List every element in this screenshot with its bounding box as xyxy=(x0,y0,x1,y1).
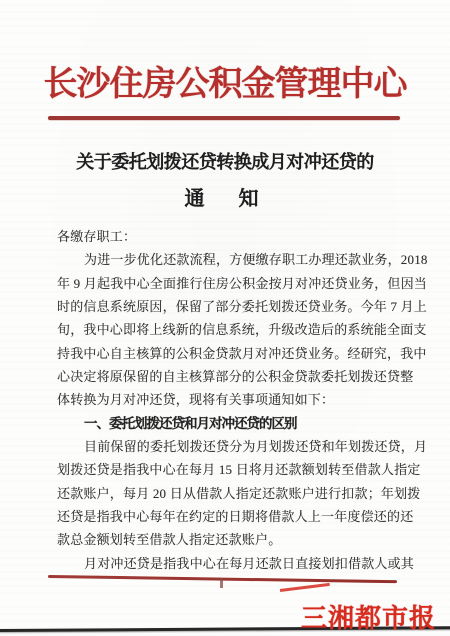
body-line: 持我中心自主核算的公积金贷款月对冲还贷业务。经研究，我中 xyxy=(57,342,410,365)
body-line: 还贷是指我中心每年在约定的日期将借款人上一年度偿还的还 xyxy=(57,505,410,528)
body-line: 划拨还贷是指我中心在每月 15 日将月还款额划转至借款人指定 xyxy=(57,458,410,481)
body-line: 月对冲还贷是指我中心在每月还款日直接划扣借款人或其 xyxy=(57,552,410,575)
press-logo: 三湘都市报 xyxy=(301,598,436,635)
salutation: 各缴存职工： xyxy=(57,225,410,248)
letterhead-org-name: 长沙住房公积金管理中心 xyxy=(0,56,450,105)
center-tick-mark xyxy=(220,578,223,588)
notice-title-line2: 通 知 xyxy=(0,182,450,211)
body-line: 目前保留的委托划拨还贷分为月划拨还贷和年划拨还贷，月 xyxy=(57,435,410,458)
body-line: 款总金额划转至借款人指定还款账户。 xyxy=(57,528,410,551)
body-line: 体转换为月对冲还贷，现将有关事项通知如下： xyxy=(57,388,410,411)
body-line: 心决定将原保留的自主核算部分的公积金贷款委托划拨还贷整 xyxy=(57,365,410,388)
body-line: 为进一步优化还款流程，方便缴存职工办理还款业务，2018 xyxy=(57,248,410,271)
body-line: 年 9 月起我中心全面推行住房公积金按月对冲还贷业务，但因当 xyxy=(57,272,410,295)
letterhead-rule xyxy=(48,116,400,120)
section-heading: 一、委托划拨还贷和月对冲还贷的区别 xyxy=(57,412,410,435)
body-line: 旬，我中心即将上线新的信息系统，升级改造后的系统能全面支 xyxy=(57,318,410,341)
body-line: 还款账户，每月 20 日从借款人指定还款账户进行扣款；年划拨 xyxy=(57,482,410,505)
notice-title-line1: 关于委托划拨还贷转换成月对冲还贷的 xyxy=(0,148,450,174)
body-line: 时的信息系统原因，保留了部分委托划拨还贷业务。今年 7 月上 xyxy=(57,295,410,318)
notice-body: 各缴存职工： 为进一步优化还款流程，方便缴存职工办理还款业务，2018 年 9 … xyxy=(57,225,410,575)
scanned-notice-page: 长沙住房公积金管理中心 关于委托划拨还贷转换成月对冲还贷的 通 知 各缴存职工：… xyxy=(0,0,450,636)
press-logo-stroke xyxy=(280,583,330,592)
